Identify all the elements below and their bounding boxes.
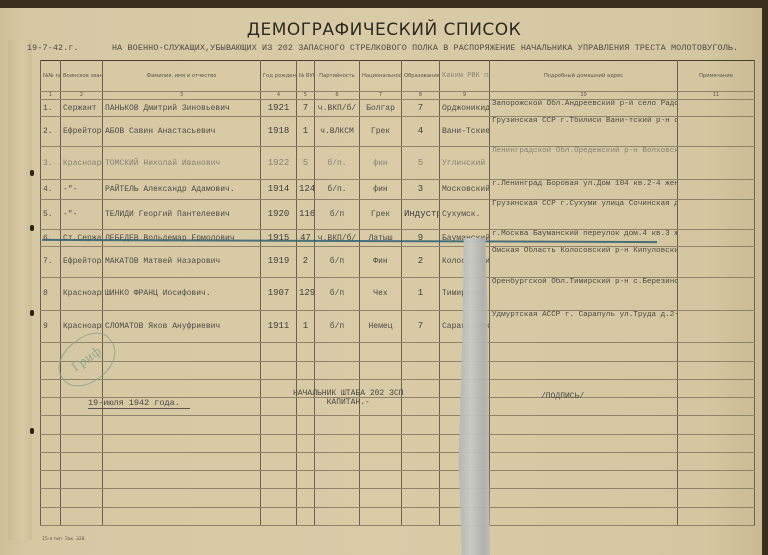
rvk: Орджоникидзе <box>440 100 490 117</box>
empty-cell <box>315 434 360 452</box>
table-row: 3.Красноарм.ТОМСКИЙ Николай Иванович1922… <box>41 147 755 180</box>
signature-title: НАЧАЛЬНИК ШТАБА 202 ЗСП КАПИТАН.- <box>293 389 403 407</box>
empty-cell <box>315 361 360 379</box>
empty-cell <box>678 379 755 397</box>
row-number: 5. <box>41 199 61 229</box>
empty-cell <box>678 489 755 507</box>
empty-row <box>41 489 755 507</box>
empty-cell <box>402 452 440 470</box>
empty-cell <box>261 434 297 452</box>
signature-title-line2: КАПИТАН.- <box>293 398 403 407</box>
empty-cell <box>41 398 61 416</box>
education: 2 <box>402 247 440 277</box>
empty-cell <box>315 489 360 507</box>
full-name: ТОМСКИЙ Николай Иванович <box>103 147 261 180</box>
row-number: 8 <box>41 277 61 310</box>
note <box>678 230 755 247</box>
col-num: 5 <box>297 92 315 100</box>
home-address: г.Москва Бауманский переулок дом.4 кв.3 … <box>490 230 678 247</box>
nationality: Латыш <box>360 230 402 247</box>
binding-margin <box>8 40 32 540</box>
binding-hole <box>30 310 34 316</box>
full-name: ЛЕБЕДЕВ Вольдемар Ермолович <box>103 230 261 247</box>
home-address: Грузинская ССР г.Тбилиси Вани-тский р-н … <box>490 117 678 147</box>
binding-hole <box>30 225 34 231</box>
empty-cell <box>490 507 678 525</box>
empty-cell <box>490 434 678 452</box>
empty-cell <box>261 489 297 507</box>
education: 7 <box>402 310 440 343</box>
empty-cell <box>103 489 261 507</box>
rank: Красноарм. <box>61 147 103 180</box>
empty-cell <box>402 507 440 525</box>
rank: Ефрейтор <box>61 117 103 147</box>
home-address: Удмуртская АССР г. Сарапуль ул.Труда д.2… <box>490 310 678 343</box>
empty-cell <box>261 471 297 489</box>
table-row: 7.ЕфрейторМАКАТОВ Матвей Назарович19192б… <box>41 247 755 277</box>
table-row: 1.СержантПАНЬКОВ Дмитрий Зиновьевич19217… <box>41 100 755 117</box>
document-title: ДЕМОГРАФИЧЕСКИЙ СПИСОК <box>0 20 768 40</box>
header-row: №№ п/п. Воинское звание Фамилия, имя и о… <box>41 61 755 92</box>
table-row: 6.Ст.СержантЛЕБЕДЕВ Вольдемар Ермолович1… <box>41 230 755 247</box>
empty-row <box>41 434 755 452</box>
empty-cell <box>402 361 440 379</box>
education: 9 <box>402 230 440 247</box>
empty-cell <box>41 434 61 452</box>
note <box>678 180 755 199</box>
education: 4 <box>402 117 440 147</box>
empty-cell <box>402 471 440 489</box>
empty-cell <box>360 489 402 507</box>
vus-number: 129 <box>297 277 315 310</box>
empty-cell <box>490 416 678 434</box>
full-name: ПАНЬКОВ Дмитрий Зиновьевич <box>103 100 261 117</box>
empty-cell <box>41 471 61 489</box>
empty-row <box>41 343 755 361</box>
empty-cell <box>315 416 360 434</box>
home-address: Запорожской Обл.Андреевский р-й село Рад… <box>490 100 678 117</box>
empty-cell <box>315 471 360 489</box>
empty-cell <box>103 416 261 434</box>
education: Индустр техникум <box>402 199 440 229</box>
note <box>678 117 755 147</box>
empty-cell <box>490 361 678 379</box>
vus-number: 7 <box>297 100 315 117</box>
empty-cell <box>360 434 402 452</box>
empty-cell <box>678 361 755 379</box>
empty-cell <box>678 471 755 489</box>
empty-cell <box>103 379 261 397</box>
empty-cell <box>41 452 61 470</box>
birth-year: 1914 <box>261 180 297 199</box>
vus-number: 2 <box>297 247 315 277</box>
col-num: 6 <box>315 92 360 100</box>
empty-cell <box>315 343 360 361</box>
empty-row <box>41 507 755 525</box>
row-number: 4. <box>41 180 61 199</box>
nationality: Немец <box>360 310 402 343</box>
full-name: АБОВ Савин Анастасьевич <box>103 117 261 147</box>
nationality: фин <box>360 147 402 180</box>
party: б/п. <box>315 180 360 199</box>
nationality: Грек <box>360 117 402 147</box>
empty-cell <box>103 361 261 379</box>
col-header-year: Год рождения <box>261 61 297 92</box>
full-name: СЛОМАТОВ Яков Ануфриевич <box>103 310 261 343</box>
empty-cell <box>297 434 315 452</box>
rank: -"- <box>61 199 103 229</box>
col-num: 3 <box>103 92 261 100</box>
education: 3 <box>402 180 440 199</box>
col-header-rvk: Каким РВК призван <box>440 61 490 92</box>
vus-number: 5 <box>297 147 315 180</box>
empty-cell <box>360 361 402 379</box>
note <box>678 199 755 229</box>
empty-cell <box>490 343 678 361</box>
birth-year: 1920 <box>261 199 297 229</box>
rvk: Вани-Тские <box>440 117 490 147</box>
column-number-row: 1 2 3 4 5 6 7 8 9 10 11 <box>41 92 755 100</box>
empty-cell <box>41 489 61 507</box>
empty-cell <box>360 471 402 489</box>
home-address: Грузинская ССР г.Сухуми улица Сочинская … <box>490 199 678 229</box>
empty-cell <box>61 434 103 452</box>
vus-number: 116 <box>297 199 315 229</box>
empty-cell <box>297 343 315 361</box>
nationality: Фин <box>360 247 402 277</box>
rvk: Сухумск. <box>440 199 490 229</box>
vus-number: 47 <box>297 230 315 247</box>
row-number: 7. <box>41 247 61 277</box>
empty-cell <box>490 489 678 507</box>
rvk: Московский <box>440 180 490 199</box>
row-number: 9 <box>41 310 61 343</box>
empty-cell <box>360 343 402 361</box>
demographic-table: №№ п/п. Воинское звание Фамилия, имя и о… <box>40 60 755 526</box>
empty-cell <box>402 379 440 397</box>
col-header-note: Примечание <box>678 61 755 92</box>
nationality: Болгар <box>360 100 402 117</box>
birth-year: 1921 <box>261 100 297 117</box>
empty-cell <box>297 489 315 507</box>
empty-cell <box>41 379 61 397</box>
empty-cell <box>315 452 360 470</box>
empty-cell <box>402 489 440 507</box>
empty-cell <box>261 452 297 470</box>
rank: Красноармеец <box>61 277 103 310</box>
empty-cell <box>261 507 297 525</box>
party: б/п. <box>315 147 360 180</box>
col-header-education: Образование <box>402 61 440 92</box>
document-subtitle: 19-7-42.г. НА ВОЕННО-СЛУЖАЩИХ,УБЫВАЮЩИХ … <box>27 43 767 53</box>
empty-cell <box>402 434 440 452</box>
empty-cell <box>297 452 315 470</box>
signature-date: 19-июля 1942 года. <box>88 398 190 409</box>
empty-row <box>41 452 755 470</box>
full-name: РАЙТЕЛЬ Александр Адамович. <box>103 180 261 199</box>
empty-cell <box>678 452 755 470</box>
birth-year: 1922 <box>261 147 297 180</box>
col-header-address: Подробный домашний адрес <box>490 61 678 92</box>
note <box>678 247 755 277</box>
party: б/п <box>315 310 360 343</box>
table-row: 2.ЕфрейторАБОВ Савин Анастасьевич19181ч.… <box>41 117 755 147</box>
full-name: МАКАТОВ Матвей Назарович <box>103 247 261 277</box>
education: 7 <box>402 100 440 117</box>
col-header-name: Фамилия, имя и отчество <box>103 61 261 92</box>
empty-cell <box>297 416 315 434</box>
document-page: ДЕМОГРАФИЧЕСКИЙ СПИСОК 19-7-42.г. НА ВОЕ… <box>0 0 768 555</box>
col-num: 1 <box>41 92 61 100</box>
col-num: 8 <box>402 92 440 100</box>
col-header-rank: Воинское звание <box>61 61 103 92</box>
table-row: 5.-"-ТЕЛИДИ Георгий Пантелеевич1920116б/… <box>41 199 755 229</box>
empty-cell <box>103 343 261 361</box>
party: ч.ВКП/б/ <box>315 230 360 247</box>
empty-cell <box>402 398 440 416</box>
nationality: фин <box>360 180 402 199</box>
table-row: 4.-"-РАЙТЕЛЬ Александр Адамович.1914124б… <box>41 180 755 199</box>
party: б/п <box>315 247 360 277</box>
rvk: Угличский <box>440 147 490 180</box>
col-num: 10 <box>490 92 678 100</box>
empty-cell <box>261 343 297 361</box>
full-name: ШИНКО ФРАНЦ Иосифович. <box>103 277 261 310</box>
home-address: Оренбургской Обл.Тимирский р-н с.Березин… <box>490 277 678 310</box>
row-number: 2. <box>41 117 61 147</box>
col-num: 4 <box>261 92 297 100</box>
birth-year: 1907 <box>261 277 297 310</box>
party: ч.ВКП/б/ <box>315 100 360 117</box>
party: ч.ВЛКСМ <box>315 117 360 147</box>
note <box>678 100 755 117</box>
empty-cell <box>678 416 755 434</box>
col-num: 9 <box>440 92 490 100</box>
empty-cell <box>61 507 103 525</box>
birth-year: 1915 <box>261 230 297 247</box>
empty-cell <box>41 416 61 434</box>
birth-year: 1911 <box>261 310 297 343</box>
empty-cell <box>297 471 315 489</box>
rank: Ефрейтор <box>61 247 103 277</box>
empty-cell <box>61 471 103 489</box>
binding-hole <box>30 170 34 176</box>
empty-cell <box>360 416 402 434</box>
col-num: 2 <box>61 92 103 100</box>
rank: -"- <box>61 180 103 199</box>
empty-cell <box>360 452 402 470</box>
empty-cell <box>261 416 297 434</box>
empty-cell <box>678 507 755 525</box>
education: 1 <box>402 277 440 310</box>
home-address: Омская Область Колосовский р-н Кипуловск… <box>490 247 678 277</box>
education: 5 <box>402 147 440 180</box>
empty-cell <box>360 507 402 525</box>
empty-cell <box>261 361 297 379</box>
vus-number: 1 <box>297 310 315 343</box>
empty-cell <box>678 398 755 416</box>
empty-cell <box>61 416 103 434</box>
nationality: Чех <box>360 277 402 310</box>
empty-cell <box>41 507 61 525</box>
empty-cell <box>297 507 315 525</box>
row-number: 3. <box>41 147 61 180</box>
empty-row <box>41 471 755 489</box>
home-address: Ленинградской Обл.Оредежский р-н Волховс… <box>490 147 678 180</box>
table-row: 9Красноарм.СЛОМАТОВ Яков Ануфриевич19111… <box>41 310 755 343</box>
empty-cell <box>490 471 678 489</box>
empty-cell <box>261 398 297 416</box>
empty-row <box>41 361 755 379</box>
note <box>678 147 755 180</box>
empty-cell <box>261 379 297 397</box>
empty-cell <box>61 452 103 470</box>
vus-number: 124 <box>297 180 315 199</box>
col-header-nationality: Национальность <box>360 61 402 92</box>
empty-cell <box>402 343 440 361</box>
empty-cell <box>315 507 360 525</box>
binding-hole <box>30 428 34 434</box>
party: б/п <box>315 199 360 229</box>
subtitle-text: НА ВОЕННО-СЛУЖАЩИХ,УБЫВАЮЩИХ ИЗ 202 ЗАПА… <box>112 43 738 53</box>
rank: Сержант <box>61 100 103 117</box>
full-name: ТЕЛИДИ Георгий Пантелеевич <box>103 199 261 229</box>
signature-mark: /ПОДПИСЬ/ <box>541 392 584 401</box>
col-header-vus: № ВУС <box>297 61 315 92</box>
col-num: 11 <box>678 92 755 100</box>
note <box>678 277 755 310</box>
empty-cell <box>402 416 440 434</box>
empty-cell <box>678 343 755 361</box>
empty-cell <box>678 434 755 452</box>
home-address: г.Ленинград Боровая ул.Дом 104 кв.2-4 же… <box>490 180 678 199</box>
party: б/п <box>315 277 360 310</box>
empty-cell <box>61 489 103 507</box>
row-number: 1. <box>41 100 61 117</box>
vus-number: 1 <box>297 117 315 147</box>
document-date: 19-7-42.г. <box>27 43 79 53</box>
birth-year: 1919 <box>261 247 297 277</box>
page-edge <box>762 0 768 555</box>
signature-title-line1: НАЧАЛЬНИК ШТАБА 202 ЗСП <box>293 389 403 398</box>
empty-cell <box>41 343 61 361</box>
birth-year: 1918 <box>261 117 297 147</box>
empty-row <box>41 416 755 434</box>
empty-cell <box>103 434 261 452</box>
empty-cell <box>490 452 678 470</box>
empty-cell <box>297 361 315 379</box>
col-header-num: №№ п/п. <box>41 61 61 92</box>
note <box>678 310 755 343</box>
nationality: Грек <box>360 199 402 229</box>
col-num: 7 <box>360 92 402 100</box>
col-header-party: Партийность <box>315 61 360 92</box>
empty-cell <box>103 507 261 525</box>
empty-cell <box>103 471 261 489</box>
empty-cell <box>103 452 261 470</box>
table-row: 8КрасноармеецШИНКО ФРАНЦ Иосифович.19071… <box>41 277 755 310</box>
print-mark: 15-я тип. Зак. 328. <box>42 537 86 542</box>
